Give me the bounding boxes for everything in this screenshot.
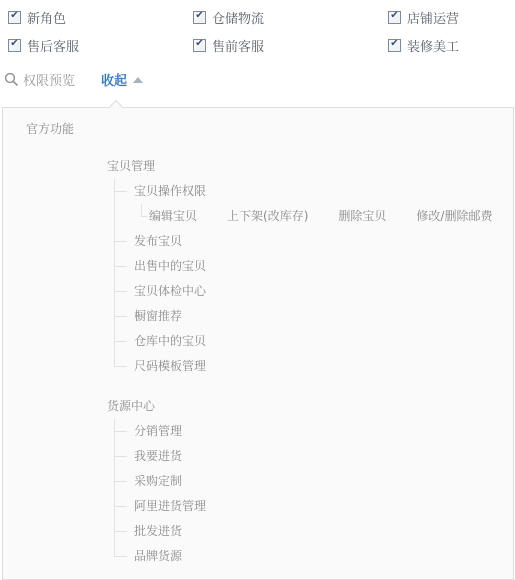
- panel-content: 官方功能 宝贝管理 宝贝操作权限 编辑宝贝 上下架(改库存): [3, 108, 513, 569]
- permission-tree: 宝贝管理 宝贝操作权限 编辑宝贝 上下架(改库存) 删除宝贝: [107, 154, 503, 569]
- tree-node-label: 橱窗推荐: [134, 304, 503, 329]
- tree-section-supply-center: 货源中心 分销管理 我要进货 采购定制 阿里进货管理: [107, 394, 503, 569]
- role-label: 仓储物流: [212, 8, 264, 27]
- role-checkbox-grid: ✔ 新角色 ✔ 仓储物流 ✔ 店铺运营 ✔ 售后客服 ✔ 售前客服 ✔: [8, 6, 508, 62]
- tree-node-label: 我要进货: [134, 444, 503, 469]
- collapse-link-label: 收起: [101, 70, 127, 89]
- tree-subnode-row: 编辑宝贝 上下架(改库存) 删除宝贝 修改/删除邮费: [149, 204, 503, 229]
- checkbox-checked[interactable]: ✔: [8, 11, 21, 24]
- tree-node: 尺码模板管理: [114, 354, 503, 379]
- check-icon: ✔: [10, 39, 18, 49]
- tree-node: 采购定制: [114, 469, 503, 494]
- role-item-warehouse-logistics[interactable]: ✔ 仓储物流: [193, 6, 388, 28]
- tree-node-label: 品牌货源: [134, 544, 503, 569]
- tree-leaf-label: 编辑宝贝: [149, 204, 197, 229]
- tree-node: 分销管理: [114, 419, 503, 444]
- tree-children: 宝贝操作权限 编辑宝贝 上下架(改库存) 删除宝贝 修改/删除邮费: [107, 179, 503, 379]
- check-icon: ✔: [10, 11, 18, 21]
- tree-node-label: 阿里进货管理: [134, 494, 503, 519]
- role-label: 新角色: [27, 8, 66, 27]
- role-item-presale-service[interactable]: ✔ 售前客服: [193, 34, 388, 56]
- tree-leaf-label: 删除宝贝: [338, 204, 386, 229]
- permission-preview-header: 权限预览 收起: [4, 70, 143, 89]
- tree-node-label: 发布宝贝: [134, 229, 503, 254]
- tree-node: 我要进货: [114, 444, 503, 469]
- role-item-shop-operation[interactable]: ✔ 店铺运营: [388, 6, 508, 28]
- triangle-up-icon: [133, 77, 143, 83]
- tree-node-label: 批发进货: [134, 519, 503, 544]
- tree-node: 出售中的宝贝: [114, 254, 503, 279]
- tree-node: 宝贝体检中心: [114, 279, 503, 304]
- collapse-link[interactable]: 收起: [101, 70, 143, 89]
- checkbox-checked[interactable]: ✔: [388, 39, 401, 52]
- role-label: 售后客服: [27, 36, 79, 55]
- tree-node: 批发进货: [114, 519, 503, 544]
- tree-subnode: 编辑宝贝 上下架(改库存) 删除宝贝 修改/删除邮费: [141, 204, 503, 229]
- check-icon: ✔: [390, 11, 398, 21]
- check-icon: ✔: [390, 39, 398, 49]
- tree-section-label: 货源中心: [107, 394, 503, 419]
- tree-node-label: 宝贝操作权限: [134, 179, 503, 204]
- role-item-aftersale-service[interactable]: ✔ 售后客服: [8, 34, 193, 56]
- magnifier-icon: [4, 72, 19, 87]
- role-row-2: ✔ 售后客服 ✔ 售前客服 ✔ 装修美工: [8, 34, 508, 56]
- tree-node-label: 采购定制: [134, 469, 503, 494]
- check-icon: ✔: [195, 39, 203, 49]
- role-label: 装修美工: [407, 36, 459, 55]
- role-label: 店铺运营: [407, 8, 459, 27]
- checkbox-checked[interactable]: ✔: [193, 39, 206, 52]
- tree-children: 分销管理 我要进货 采购定制 阿里进货管理 批发进货: [107, 419, 503, 569]
- tree-node-label: 仓库中的宝贝: [134, 329, 503, 354]
- check-icon: ✔: [195, 11, 203, 21]
- tree-section-item-management: 宝贝管理 宝贝操作权限 编辑宝贝 上下架(改库存) 删除宝贝: [107, 154, 503, 379]
- tree-node: 橱窗推荐: [114, 304, 503, 329]
- tree-root-label: 官方功能: [26, 117, 503, 142]
- tree-node: 发布宝贝: [114, 229, 503, 254]
- role-label: 售前客服: [212, 36, 264, 55]
- tree-node: 仓库中的宝贝: [114, 329, 503, 354]
- tree-subchildren: 编辑宝贝 上下架(改库存) 删除宝贝 修改/删除邮费: [134, 204, 503, 229]
- permission-preview-page: ✔ 新角色 ✔ 仓储物流 ✔ 店铺运营 ✔ 售后客服 ✔ 售前客服 ✔: [0, 0, 515, 580]
- checkbox-checked[interactable]: ✔: [193, 11, 206, 24]
- tree-node-label: 尺码模板管理: [134, 354, 503, 379]
- role-row-1: ✔ 新角色 ✔ 仓储物流 ✔ 店铺运营: [8, 6, 508, 28]
- permission-preview-label: 权限预览: [23, 70, 75, 89]
- checkbox-checked[interactable]: ✔: [388, 11, 401, 24]
- checkbox-checked[interactable]: ✔: [8, 39, 21, 52]
- tree-leaf-label: 修改/删除邮费: [416, 204, 492, 229]
- role-item-decoration-designer[interactable]: ✔ 装修美工: [388, 34, 508, 56]
- tree-node-label: 出售中的宝贝: [134, 254, 503, 279]
- tree-leaf-label: 上下架(改库存): [227, 204, 308, 229]
- tree-node: 宝贝操作权限 编辑宝贝 上下架(改库存) 删除宝贝 修改/删除邮费: [114, 179, 503, 229]
- tree-node: 阿里进货管理: [114, 494, 503, 519]
- permission-preview-panel: 官方功能 宝贝管理 宝贝操作权限 编辑宝贝 上下架(改库存): [2, 107, 514, 580]
- role-item-new-role[interactable]: ✔ 新角色: [8, 6, 193, 28]
- tree-node-label: 分销管理: [134, 419, 503, 444]
- tree-node-label: 宝贝体检中心: [134, 279, 503, 304]
- tree-node: 品牌货源: [114, 544, 503, 569]
- tree-section-label: 宝贝管理: [107, 154, 503, 179]
